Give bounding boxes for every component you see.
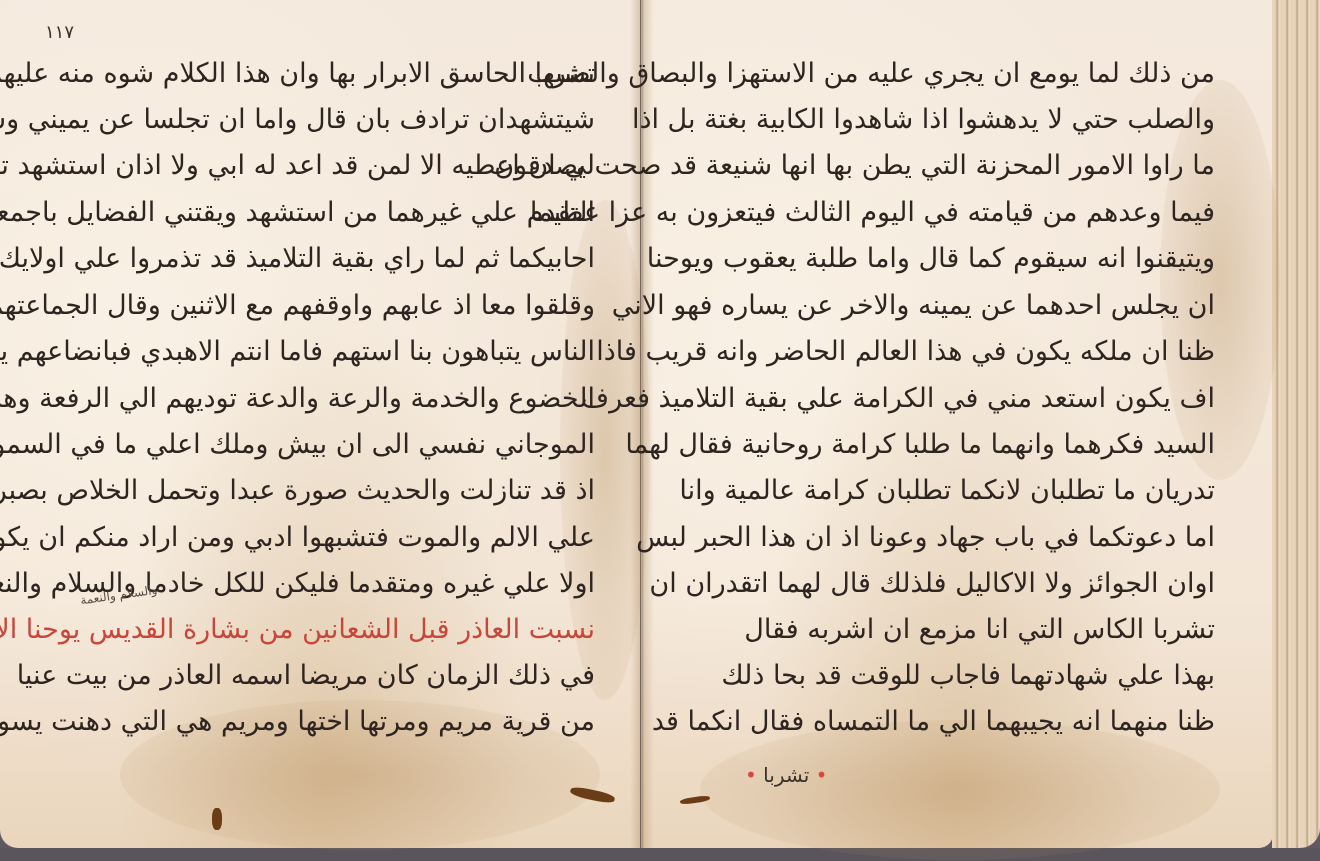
text-line: فيما وعدهم من قيامته في اليوم الثالث فيت… xyxy=(530,197,1215,228)
text-line: علي الالم والموت فتشبهوا ادبي ومن اراد م… xyxy=(0,522,595,553)
text-line: بهذا علي شهادتهما فاجاب للوقت قد بحا ذلك xyxy=(721,660,1215,691)
text-line: اما دعوتكما في باب جهاد وعونا اذ ان هذا … xyxy=(636,522,1215,553)
manuscript-spread: ١١٧ تشبها الحاسق الابرار بها وان هذا الك… xyxy=(0,0,1320,861)
rubric-dot: • xyxy=(745,763,757,787)
text-line: ظنا ان ملكه يكون في هذا العالم الحاضر وا… xyxy=(596,336,1215,367)
text-line: ظنا منهما انه يجيبهما الي ما التمساه فقا… xyxy=(652,706,1215,737)
fore-edge-pages xyxy=(1272,0,1320,848)
text-line: اف يكون استعد مني في الكرامة علي بقية ال… xyxy=(581,383,1215,414)
water-stain xyxy=(700,720,1220,860)
left-page-text: تشبها الحاسق الابرار بها وان هذا الكلام … xyxy=(55,40,595,740)
catchword-text: تشربا xyxy=(763,763,809,787)
text-line: التقدم علي غيرهما من استشهد ويقتني الفضا… xyxy=(0,197,595,228)
text-line: ان يجلس احدهما عن يمينه والاخر عن يساره … xyxy=(612,290,1215,321)
text-line: اذ قد تنازلت والحديث صورة عبدا وتحمل الخ… xyxy=(0,475,595,506)
text-line: الموجاني نفسي الى ان بيش وملك اعلي ما في… xyxy=(0,429,595,460)
right-page-text: من ذلك لما يومع ان يجري عليه من الاستهزا… xyxy=(715,40,1215,740)
rubric-line: نسبت العاذر قبل الشعانين من بشارة القديس… xyxy=(0,614,595,645)
text-line: تدريان ما تطلبان لانكما تطلبان كرامة عال… xyxy=(679,475,1215,506)
text-line: في ذلك الزمان كان مريضا اسمه العاذر من ب… xyxy=(17,660,595,691)
text-line: احابيكما ثم لما راي بقية التلاميذ قد تذم… xyxy=(0,243,595,274)
text-line: ويتيقنوا انه سيقوم كما قال واما طلبة يعق… xyxy=(647,243,1215,274)
text-line: تشربا الكاس التي انا مزمع ان اشربه فقال xyxy=(744,614,1215,645)
catchword: • تشربا • xyxy=(745,763,827,787)
text-line: والصلب حتي لا يدهشوا اذا شاهدوا الكابية … xyxy=(632,104,1215,135)
rubric-dot: • xyxy=(816,763,828,787)
text-line: تشبها الحاسق الابرار بها وان هذا الكلام … xyxy=(0,58,595,89)
text-line: وقلقوا معا اذ عابهم واوقفهم مع الاثنين و… xyxy=(0,290,595,321)
text-line: من ذلك لما يومع ان يجري عليه من الاستهزا… xyxy=(527,58,1215,89)
text-line: السيد فكرهما وانهما ما طلبا كرامة روحاني… xyxy=(625,429,1215,460)
text-line: اوان الجوائز ولا الاكاليل فلذلك قال لهما… xyxy=(649,568,1215,599)
paper-tear xyxy=(212,808,222,830)
text-line: من قرية مريم ومرتها اختها ومريم هي التي … xyxy=(0,706,595,737)
background-surface xyxy=(0,848,1320,861)
text-line: شيتشهدان ترادف بان قال واما ان تجلسا عن … xyxy=(0,104,595,135)
text-line: الخضوع والخدمة والرعة والدعة توديهم الي … xyxy=(0,383,595,414)
text-line: الناس يتباهون بنا استهم فاما انتم الاهبد… xyxy=(0,336,595,367)
text-line: ما راوا الامور المحزنة التي يطن بها انها… xyxy=(494,150,1215,181)
